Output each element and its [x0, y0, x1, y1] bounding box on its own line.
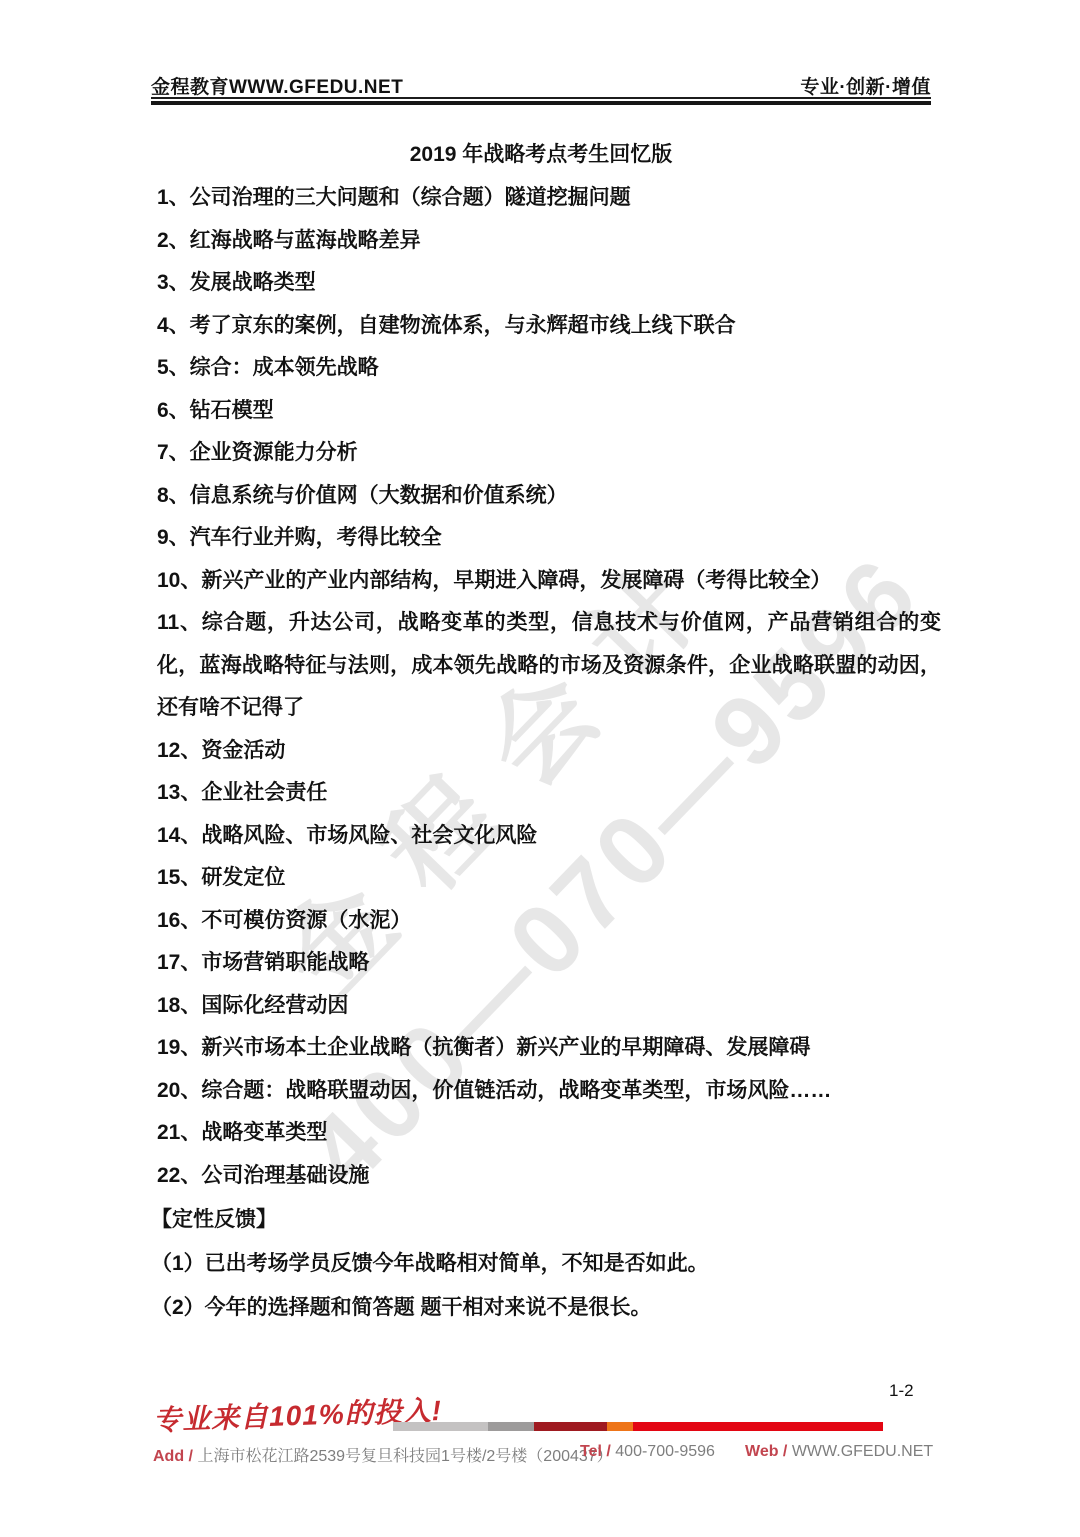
list-item: 21、战略变革类型 [157, 1112, 941, 1155]
header-brand-text: 金程教育WWW.GFEDU.NET [151, 72, 403, 99]
footer-telephone: Tel / 400-700-9596 [580, 1443, 715, 1461]
page-number: 1-2 [889, 1381, 914, 1401]
list-item: 14、战略风险、市场风险、社会文化风险 [157, 815, 941, 858]
page-header: 金程教育WWW.GFEDU.NET 专业·创新·增值 [151, 72, 931, 99]
page-title: 2019 年战略考点考生回忆版 [151, 138, 931, 168]
footer-bar-segment [633, 1422, 883, 1431]
feedback-heading: 【定性反馈】 [151, 1198, 935, 1242]
header-rule [151, 97, 931, 105]
footer-website: Web / WWW.GFEDU.NET [745, 1443, 933, 1461]
header-motto-text: 专业·创新·增值 [800, 72, 931, 99]
qualitative-feedback-section: 【定性反馈】 （1）已出考场学员反馈今年战略相对简单，不知是否如此。 （2）今年… [151, 1198, 935, 1330]
footer-bar-segment [488, 1422, 534, 1431]
list-item: 3、发展战略类型 [157, 262, 941, 305]
list-item: 8、信息系统与价值网（大数据和价值系统） [157, 475, 941, 518]
feedback-line: （1）已出考场学员反馈今年战略相对简单，不知是否如此。 [151, 1242, 935, 1286]
header-rule-thick [151, 101, 931, 105]
exam-points-list: 1、公司治理的三大问题和（综合题）隧道挖掘问题 2、红海战略与蓝海战略差异 3、… [157, 177, 941, 1197]
list-item: 19、新兴市场本土企业战略（抗衡者）新兴产业的早期障碍、发展障碍 [157, 1027, 941, 1070]
list-item: 5、综合：成本领先战略 [157, 347, 941, 390]
list-item: 2、红海战略与蓝海战略差异 [157, 220, 941, 263]
address-label: Add / [153, 1448, 193, 1465]
footer-address: Add / 上海市松花江路2539号复旦科技园1号楼/2号楼（200437） [153, 1443, 613, 1466]
list-item: 9、汽车行业并购，考得比较全 [157, 517, 941, 560]
list-item: 10、新兴产业的产业内部结构，早期进入障碍，发展障碍（考得比较全） [157, 560, 941, 603]
web-label: Web / [745, 1443, 787, 1460]
header-rule-thin [151, 97, 931, 99]
list-item: 6、钻石模型 [157, 390, 941, 433]
list-item: 17、市场营销职能战略 [157, 942, 941, 985]
footer-slogan: 专业来自101%的投入! [152, 1389, 442, 1439]
address-value: 上海市松花江路2539号复旦科技园1号楼/2号楼（200437） [197, 1448, 612, 1465]
list-item: 16、不可模仿资源（水泥） [157, 900, 941, 943]
footer-contact-info: Add / 上海市松花江路2539号复旦科技园1号楼/2号楼（200437） T… [153, 1443, 943, 1467]
list-item: 20、综合题：战略联盟动因，价值链活动，战略变革类型，市场风险…… [157, 1070, 941, 1113]
list-item: 12、资金活动 [157, 730, 941, 773]
list-item: 1、公司治理的三大问题和（综合题）隧道挖掘问题 [157, 177, 941, 220]
footer-bar-segment [607, 1422, 633, 1431]
list-item: 11、综合题，升达公司，战略变革的类型，信息技术与价值网，产品营销组合的变化，蓝… [157, 602, 941, 730]
list-item: 7、企业资源能力分析 [157, 432, 941, 475]
footer-color-bar [393, 1422, 883, 1431]
list-item: 15、研发定位 [157, 857, 941, 900]
footer-bar-segment [393, 1422, 488, 1431]
list-item: 4、考了京东的案例，自建物流体系，与永辉超市线上线下联合 [157, 305, 941, 348]
list-item: 18、国际化经营动因 [157, 985, 941, 1028]
list-item: 13、企业社会责任 [157, 772, 941, 815]
web-value: WWW.GFEDU.NET [792, 1443, 933, 1460]
list-item: 22、公司治理基础设施 [157, 1155, 941, 1198]
document-page: 金程会计 400—070—9596 金程教育WWW.GFEDU.NET 专业·创… [0, 0, 1080, 1537]
tel-label: Tel / [580, 1443, 611, 1460]
footer-bar-segment [534, 1422, 607, 1431]
feedback-line: （2）今年的选择题和简答题 题干相对来说不是很长。 [151, 1286, 935, 1330]
tel-value: 400-700-9596 [615, 1443, 715, 1460]
